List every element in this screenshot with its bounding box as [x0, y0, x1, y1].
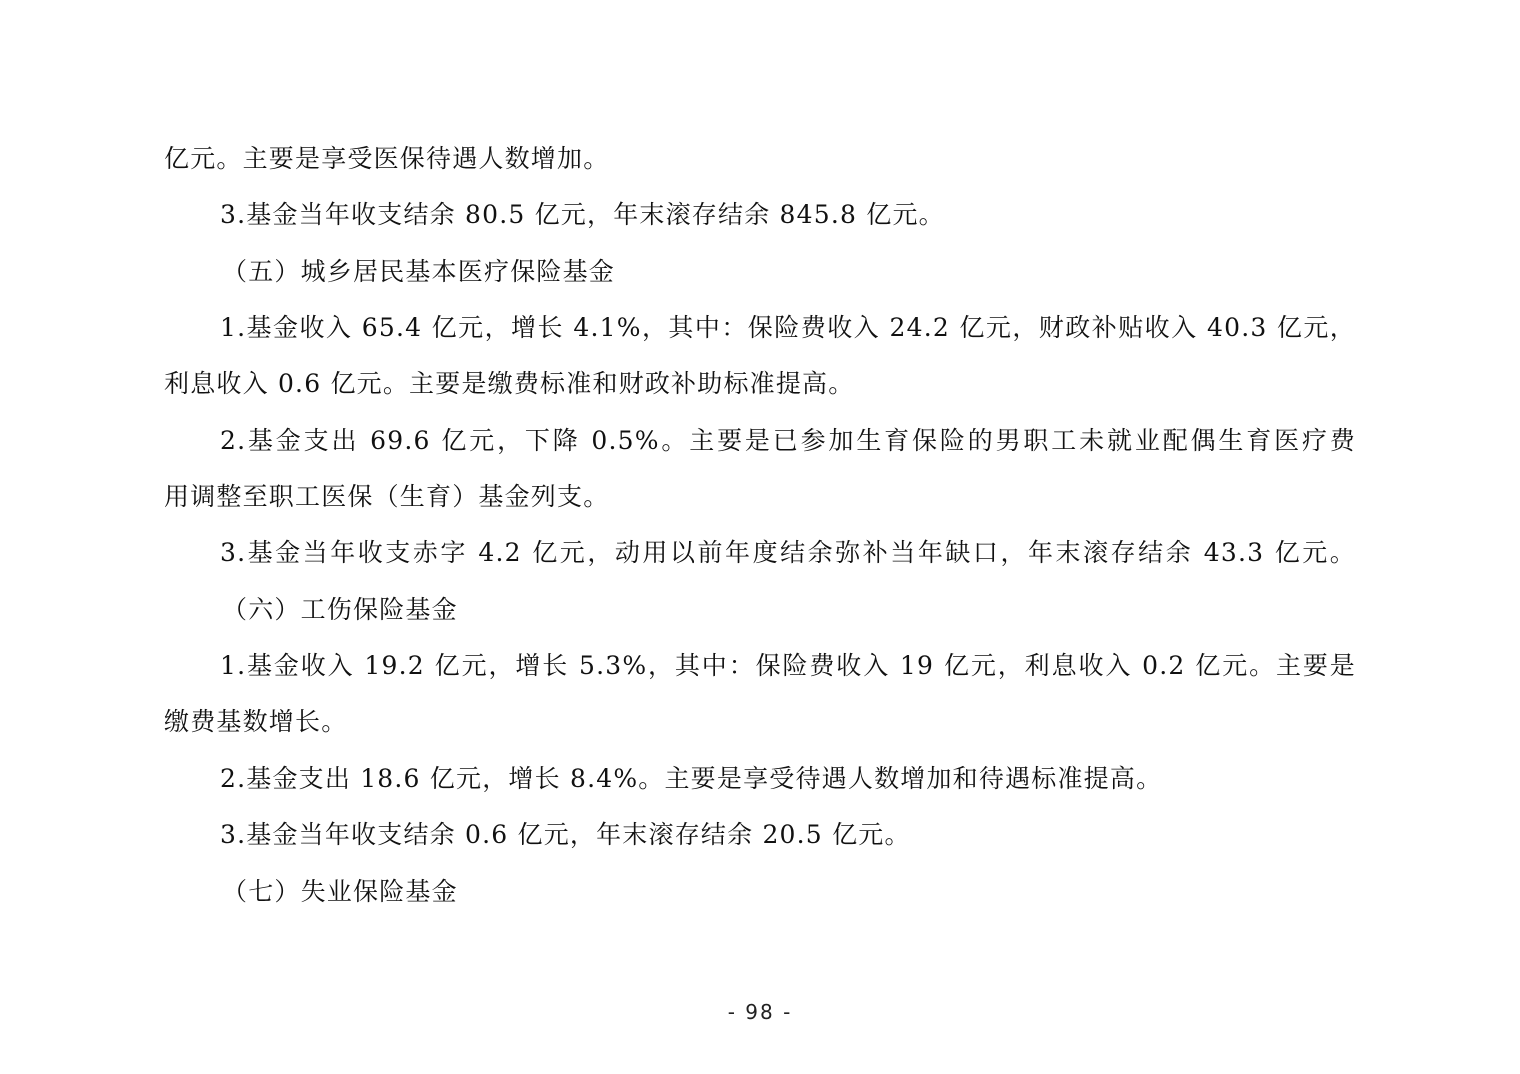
list-item-deficit: 3.基金当年收支赤字 4.2 亿元，动用以前年度结余弥补当年缺口，年末滚存结余 … — [220, 537, 1356, 569]
list-item-expenditure: 2.基金支出 69.6 亿元，下降 0.5%。主要是已参加生育保险的男职工未就业… — [220, 425, 1356, 457]
list-item-income: 1.基金收入 19.2 亿元，增长 5.3%，其中：保险费收入 19 亿元，利息… — [220, 650, 1356, 682]
list-item-balance: 3.基金当年收支结余 80.5 亿元，年末滚存结余 845.8 亿元。 — [220, 199, 945, 231]
section-heading-unemployment: （七）失业保险基金 — [222, 876, 458, 908]
list-item-income-continued: 利息收入 0.6 亿元。主要是缴费标准和财政补助标准提高。 — [164, 368, 854, 400]
list-item-income: 1.基金收入 65.4 亿元，增长 4.1%，其中：保险费收入 24.2 亿元，… — [220, 312, 1356, 344]
page-number: - 98 - — [0, 998, 1520, 1026]
list-item-income-continued: 缴费基数增长。 — [164, 706, 347, 738]
section-heading-urban-rural-medical: （五）城乡居民基本医疗保险基金 — [222, 256, 615, 288]
list-item-expenditure: 2.基金支出 18.6 亿元，增长 8.4%。主要是享受待遇人数增加和待遇标准提… — [220, 763, 1162, 795]
list-item-expenditure-continued: 用调整至职工医保（生育）基金列支。 — [164, 481, 609, 513]
document-page: 亿元。主要是享受医保待遇人数增加。 3.基金当年收支结余 80.5 亿元，年末滚… — [0, 0, 1520, 1074]
list-item-balance: 3.基金当年收支结余 0.6 亿元，年末滚存结余 20.5 亿元。 — [220, 819, 911, 851]
paragraph-continuation-line: 亿元。主要是享受医保待遇人数增加。 — [164, 143, 609, 175]
section-heading-work-injury: （六）工伤保险基金 — [222, 594, 458, 626]
